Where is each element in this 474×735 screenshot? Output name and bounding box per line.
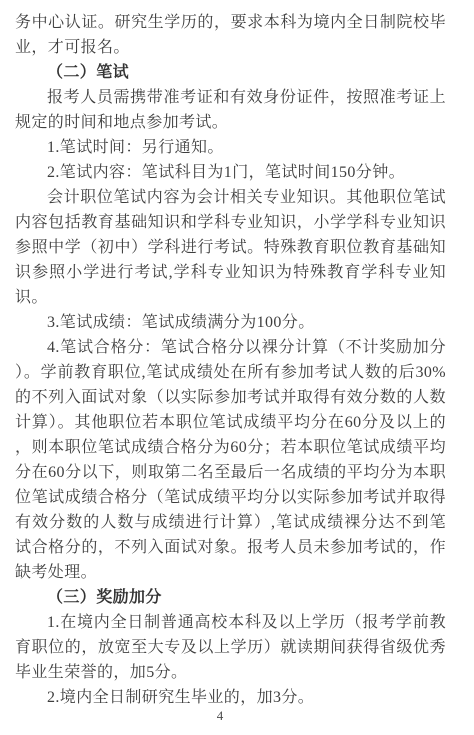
document-page: 务中心认证。研究生学历的，要求本科为境内全日制院校毕 业，才可报名。 （二）笔试… [0,0,474,735]
text-line: 1.在境内全日制普通高校本科及以上学历（报考学前教 [15,610,446,635]
page-number: 4 [0,708,440,724]
text-line: 2.境内全日制研究生毕业的，加3分。 [15,685,446,710]
text-line: 缺考处理。 [15,560,446,585]
text-line: 3.笔试成绩：笔试成绩满分为100分。 [15,310,446,335]
text-line: 4.笔试合格分：笔试合格分以裸分计算（不计奖励加分 [15,335,446,360]
text-line: 分在60分以下，则取第二名至最后一名成绩的平均分为本职 [15,460,446,485]
text-line: 报考人员需携带准考证和有效身份证件，按照准考证上 [15,85,446,110]
text-line: 规定的时间和地点参加考试。 [15,110,446,135]
text-line: 识参照小学进行考试,学科专业知识为特殊教育学科专业知 [15,260,446,285]
text-line: 内容包括教育基础知识和学科专业知识，小学学科专业知识 [15,210,446,235]
text-line: 有效分数的人数与成绩进行计算）,笔试成绩裸分达不到笔 [15,510,446,535]
text-line: 会计职位笔试内容为会计相关专业知识。其他职位笔试 [15,185,446,210]
text-line: 参照中学（初中）学科进行考试。特殊教育职位教育基础知 [15,235,446,260]
text-line: ，则本职位笔试成绩合格分为60分；若本职位笔试成绩平均 [15,435,446,460]
text-line: 试合格分的，不列入面试对象。报考人员未参加考试的，作 [15,535,446,560]
text-line: 业，才可报名。 [15,35,446,60]
section-heading: （二）笔试 [15,60,446,85]
text-line: ）。学前教育职位,笔试成绩处在所有参加考试人数的后30% [15,360,446,385]
text-line: 的不列入面试对象（以实际参加考试并取得有效分数的人数 [15,385,446,410]
text-line: 计算）。其他职位若本职位笔试成绩平均分在60分及以上的 [15,410,446,435]
section-heading: （三）奖励加分 [15,585,446,610]
text-line: 育职位的，放宽至大专及以上学历）就读期间获得省级优秀 [15,635,446,660]
document-content: 务中心认证。研究生学历的，要求本科为境内全日制院校毕 业，才可报名。 （二）笔试… [15,10,446,710]
text-line: 1.笔试时间：另行通知。 [15,135,446,160]
text-line: 位笔试成绩合格分（笔试成绩平均分以实际参加考试并取得 [15,485,446,510]
text-line: 务中心认证。研究生学历的，要求本科为境内全日制院校毕 [15,10,446,35]
text-line: 2.笔试内容：笔试科目为1门，笔试时间150分钟。 [15,160,446,185]
text-line: 毕业生荣誉的，加5分。 [15,660,446,685]
text-line: 识。 [15,285,446,310]
